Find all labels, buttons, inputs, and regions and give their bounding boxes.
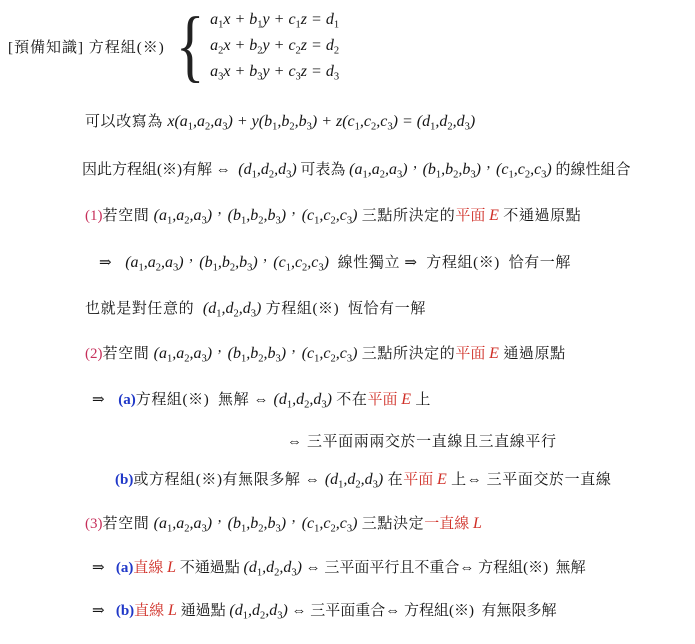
rewrite-line: 可以改寫為 x(a1,a2,a3) + y(b1,b2,b3) + z(c1,c… — [85, 110, 475, 134]
text-segment: (c1,c2,c3) — [302, 345, 358, 362]
text-segment: ， — [408, 162, 423, 178]
text-segment: L — [167, 559, 176, 576]
text-segment: (d1,d2,d3) — [244, 559, 302, 576]
text-segment: (b1,b2,b3) — [228, 345, 286, 362]
text-segment: (a1,a2,a3) — [154, 207, 212, 224]
text-segment: (b) — [116, 603, 134, 619]
text-segment: 不在 — [332, 392, 368, 408]
text-segment: ⇒ — [92, 560, 116, 576]
text-segment: (d1,d2,d3) — [238, 161, 296, 178]
math-notes-document: [預備知識] 方程組(※) { a1x + b1y + c1z = d1 a2x… — [0, 0, 695, 644]
text-segment: ， — [481, 162, 496, 178]
text-segment: 上 — [411, 392, 431, 408]
case1-heading: (1)若空間 (a1,a2,a3)，(b1,b2,b3)，(c1,c2,c3) … — [85, 204, 581, 228]
text-segment: (c1,c2,c3) — [302, 207, 358, 224]
system-of-equations: a1x + b1y + c1z = d1 a2x + b2y + c2z = d… — [210, 7, 339, 85]
text-segment: (c1,c2,c3) — [273, 254, 329, 271]
text-segment: (a1,a2,a3) — [154, 345, 212, 362]
text-segment: 上⇔ 三平面交於一直線 — [447, 472, 612, 488]
text-segment: (d1,d2,d3) — [325, 471, 383, 488]
preamble-label: [預備知識] 方程組(※) — [8, 36, 165, 57]
text-segment: ， — [286, 516, 302, 532]
text-segment: ， — [286, 208, 302, 224]
text-segment: 直線 — [133, 560, 167, 576]
text-segment: L — [473, 515, 482, 532]
text-segment: E — [489, 207, 499, 224]
text-segment: ， — [212, 346, 228, 362]
text-segment: 平面 — [367, 392, 401, 408]
text-segment: ， — [212, 516, 228, 532]
text-segment: (d1,d2,d3) — [203, 300, 261, 317]
equation-row-3: a3x + b3y + c3z = d3 — [210, 59, 339, 85]
text-segment: 平面 — [455, 208, 489, 224]
text-segment: 在 — [383, 472, 403, 488]
text-segment: E — [437, 471, 447, 488]
text-segment: 的線性組合 — [552, 162, 631, 178]
text-segment: (d1,d2,d3) — [274, 391, 332, 408]
text-segment: (d1,d2,d3) — [229, 602, 287, 619]
text-segment: (b1,b2,b3) — [228, 207, 286, 224]
solvability-line: 因此方程組(※)有解 ⇔ (d1,d2,d3) 可表為 (a1,a2,a3)，(… — [82, 158, 631, 182]
text-segment: ⇔ 三平面重合⇔ 方程組(※) 有無限多解 — [288, 603, 557, 619]
case3a-line: ⇒ (a)直線 L 不通過點 (d1,d2,d3) ⇔ 三平面平行且不重合⇔ 方… — [92, 556, 586, 580]
text-segment: (2) — [85, 346, 103, 362]
text-segment: 平面 — [455, 346, 489, 362]
system-brace: { — [176, 6, 205, 86]
text-segment: (b1,b2,b3) — [228, 515, 286, 532]
text-segment: 不通過點 — [176, 560, 244, 576]
text-segment: 通過點 — [177, 603, 230, 619]
text-segment: (1) — [85, 208, 103, 224]
text-segment: ， — [258, 255, 274, 271]
text-segment: 可以改寫為 — [85, 114, 167, 130]
text-segment: 若空間 — [103, 516, 154, 532]
case1-note: 也就是對任意的 (d1,d2,d3) 方程組(※) 恆恰有一解 — [85, 297, 426, 321]
text-segment: L — [168, 602, 177, 619]
text-segment: (a1,a2,a3) — [349, 161, 407, 178]
case2-heading: (2)若空間 (a1,a2,a3)，(b1,b2,b3)，(c1,c2,c3) … — [85, 342, 566, 366]
text-segment: (a) — [118, 392, 136, 408]
equation-row-1: a1x + b1y + c1z = d1 — [210, 7, 339, 33]
text-segment: ⇒ — [92, 392, 118, 408]
text-segment: (c1,c2,c3) — [302, 515, 358, 532]
text-segment: (a) — [116, 560, 134, 576]
case2a-continuation: ⇔ 三平面兩兩交於一直線且三直線平行 — [287, 430, 557, 454]
text-segment: (b) — [115, 472, 133, 488]
text-segment: (3) — [85, 516, 103, 532]
text-segment: 方程組(※) 無解 ⇔ — [136, 392, 274, 408]
text-segment: ， — [212, 208, 228, 224]
text-segment: ⇔ 三平面平行且不重合⇔ 方程組(※) 無解 — [302, 560, 586, 576]
text-segment: (a1,a2,a3) — [154, 515, 212, 532]
text-segment: 一直線 — [424, 516, 473, 532]
case3-heading: (3)若空間 (a1,a2,a3)，(b1,b2,b3)，(c1,c2,c3) … — [85, 512, 482, 536]
preamble-line: [預備知識] 方程組(※) { a1x + b1y + c1z = d1 a2x… — [8, 6, 339, 86]
text-segment: (b1,b2,b3) — [199, 254, 257, 271]
text-segment: 可表為 — [297, 162, 350, 178]
case1-implication: ⇒ (a1,a2,a3)，(b1,b2,b3)，(c1,c2,c3) 線性獨立 … — [99, 251, 571, 275]
case3b-line: ⇒ (b)直線 L 通過點 (d1,d2,d3) ⇔ 三平面重合⇔ 方程組(※)… — [92, 599, 557, 623]
text-segment: 直線 — [134, 603, 168, 619]
text-segment: 若空間 — [103, 346, 154, 362]
text-segment: E — [489, 345, 499, 362]
case2a-line: ⇒ (a)方程組(※) 無解 ⇔ (d1,d2,d3) 不在平面 E 上 — [92, 388, 431, 412]
text-segment: ⇒ — [92, 603, 116, 619]
text-segment: ， — [286, 346, 302, 362]
text-segment: 三點決定 — [357, 516, 424, 532]
text-segment: 三點所決定的 — [357, 346, 455, 362]
text-segment: 不通過原點 — [499, 208, 581, 224]
text-segment: 因此方程組(※)有解 ⇔ — [82, 162, 238, 178]
text-segment: 或方程組(※)有無限多解 ⇔ — [133, 472, 325, 488]
case2b-line: (b)或方程組(※)有無限多解 ⇔ (d1,d2,d3) 在平面 E 上⇔ 三平… — [115, 468, 611, 492]
text-segment: (a1,a2,a3) — [125, 254, 183, 271]
text-segment: 也就是對任意的 — [85, 301, 203, 317]
text-segment: 三點所決定的 — [357, 208, 455, 224]
text-segment: ， — [184, 255, 200, 271]
text-segment: (c1,c2,c3) — [496, 161, 552, 178]
text-segment: x(a1,a2,a3) + y(b1,b2,b3) + z(c1,c2,c3) … — [167, 113, 475, 130]
text-segment: (b1,b2,b3) — [423, 161, 481, 178]
text-segment: ⇔ 三平面兩兩交於一直線且三直線平行 — [287, 434, 557, 450]
text-segment: 線性獨立 ⇒ 方程組(※) 恰有一解 — [329, 255, 571, 271]
text-segment: 若空間 — [103, 208, 154, 224]
equation-row-2: a2x + b2y + c2z = d2 — [210, 33, 339, 59]
text-segment: ⇒ — [99, 255, 125, 271]
text-segment: 方程組(※) 恆恰有一解 — [261, 301, 426, 317]
text-segment: E — [401, 391, 411, 408]
text-segment: 通過原點 — [499, 346, 566, 362]
text-segment: 平面 — [403, 472, 437, 488]
